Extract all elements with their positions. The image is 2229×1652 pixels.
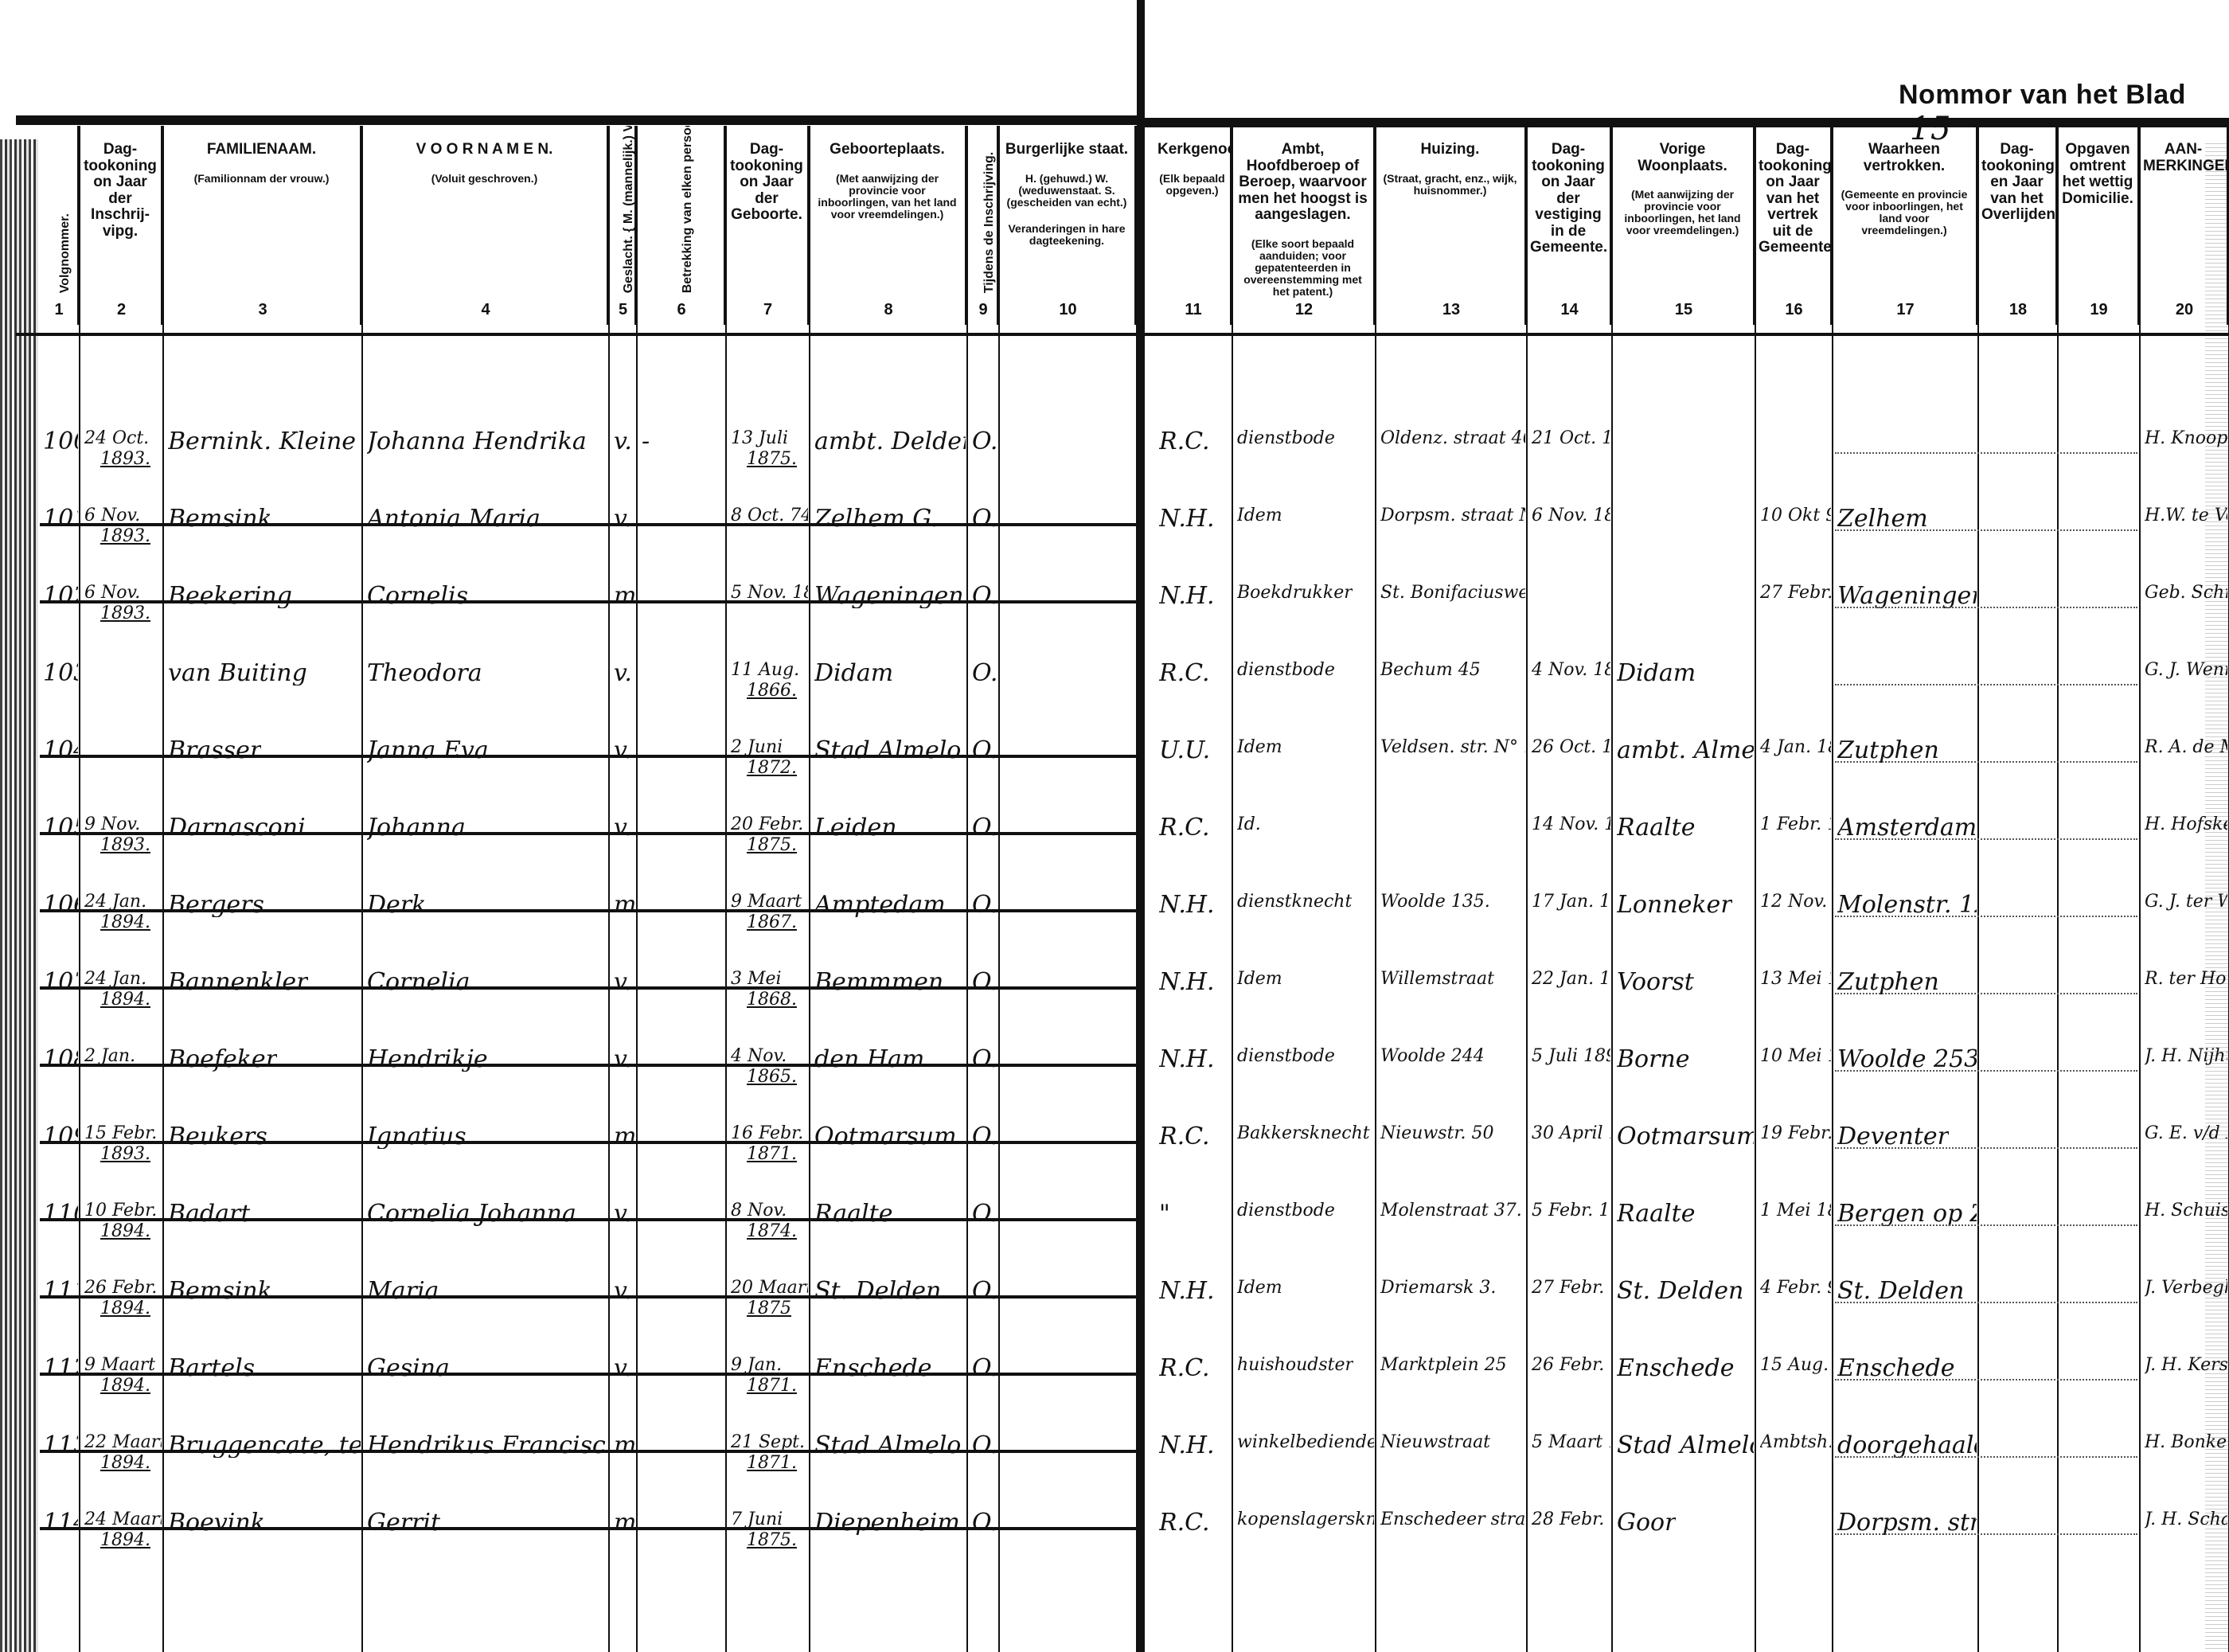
destination: Dorpsm. str. 26. <box>1837 1511 1977 1535</box>
sex: m. <box>614 1434 635 1458</box>
surname-text: Brasser <box>168 739 261 763</box>
previous-residence-text: Didam <box>1617 662 1696 685</box>
church: R.C. <box>1159 662 1210 685</box>
registration-date: 9 Nov.1893. <box>84 816 150 854</box>
registration-year: 1894. <box>100 1300 157 1318</box>
destination: Molenstr. 12 <box>1837 893 1977 917</box>
civil-status: O. <box>972 584 997 608</box>
column-number: 19 <box>2058 301 2140 333</box>
birth-date-text: 13 Juli <box>731 430 788 448</box>
row-number-text: 102. <box>43 584 78 608</box>
strikethrough-line <box>40 1064 1137 1067</box>
occupation: dienstbode <box>1237 1202 1335 1220</box>
occupation-text: Id. <box>1237 816 1261 834</box>
occupation-text: Idem <box>1237 507 1282 525</box>
column-divider <box>1977 126 1979 1652</box>
sex: v. <box>614 1279 632 1303</box>
registration-date <box>84 662 100 665</box>
previous-residence: ambt. Almelo <box>1617 739 1754 763</box>
column-divider <box>1526 126 1528 1652</box>
church: N.H. <box>1159 1434 1215 1458</box>
civil-status-text: O. <box>972 1279 997 1303</box>
column-number: 20 <box>2140 301 2229 333</box>
address-text: Marktplein 25 <box>1380 1357 1507 1374</box>
registration-year: 1894. <box>100 914 150 931</box>
column-number: 2 <box>80 301 163 333</box>
birthplace-text: Amptedam <box>814 893 946 917</box>
birthplace: Diepenheim <box>814 1511 960 1535</box>
departure-date: 10 Okt 95. <box>1760 507 1831 525</box>
column-number: 8 <box>810 301 967 333</box>
birthplace: Leiden <box>814 816 897 840</box>
registration-date <box>84 739 100 742</box>
surname: Bergers <box>168 893 264 917</box>
occupation: Idem <box>1237 971 1282 988</box>
departure-date: 4 Febr. 98 <box>1760 1279 1831 1297</box>
column-header-title: Geslacht. { M. (mannelijk.) V. (vrouweli… <box>622 126 635 293</box>
civil-status-text: O. <box>972 816 997 840</box>
destination: Zutphen <box>1837 739 1939 763</box>
column-header-title: AAN-MERKINGEN. <box>2143 142 2223 174</box>
surname-text: Boevink <box>168 1511 265 1535</box>
row-number: 103. <box>43 662 78 685</box>
settled-date: 22 Jan. 1894. <box>1532 971 1610 988</box>
strikethrough-line <box>40 909 1137 912</box>
departure-date-text: 4 Jan. 1895. <box>1760 739 1831 756</box>
column-number: 9 <box>967 301 999 333</box>
civil-status: O. <box>972 1357 997 1381</box>
birthplace-text: ambt. Delden <box>814 430 966 454</box>
birth-date-text: 11 Aug. <box>731 662 799 680</box>
strikethrough-line <box>40 1295 1137 1299</box>
previous-residence-text: St. Delden <box>1617 1279 1743 1303</box>
address-text: Nieuwstr. 50 <box>1380 1125 1494 1142</box>
given-names: Cornelia Johanna <box>367 1202 576 1226</box>
address: St. Bonifaciusweg 18 <box>1380 584 1525 602</box>
church: R.C. <box>1159 1357 1210 1381</box>
departure-date: 19 Febr. 1894 <box>1760 1125 1831 1142</box>
sex-text: m. <box>614 1125 635 1149</box>
remark-text: R. ter Horgen <box>2145 971 2227 988</box>
remark: Geb. Schmis H. E. Nijhuis <box>2145 584 2227 602</box>
column-header-2: Dag-tookoning on Jaar der Inschrij-vipg. <box>80 126 163 325</box>
remark: H. Bonke <box>2145 1434 2227 1451</box>
column-header-title: Dag-tookoning en Jaar van het Overlijden… <box>1981 142 2052 224</box>
address-text: Woolde 244 <box>1380 1048 1485 1065</box>
registration-date: 24 Jan.1894. <box>84 893 150 931</box>
settled-date-text: 28 Febr. 1894. <box>1532 1511 1610 1529</box>
occupation-text: kopenslagersknecht <box>1237 1511 1374 1529</box>
surname: Bernink. Kleine <box>168 430 356 454</box>
header-bottom-rule <box>16 333 1138 336</box>
surname: Brasser <box>168 739 261 763</box>
destination: St. Delden <box>1837 1279 1964 1303</box>
church-text: " <box>1159 1202 1170 1226</box>
birthplace: ambt. Delden <box>814 430 966 454</box>
occupation: kopenslagersknecht <box>1237 1511 1374 1529</box>
departure-date: 15 Aug. 95 <box>1760 1357 1831 1374</box>
occupation: huishoudster <box>1237 1357 1353 1374</box>
sex-text: v. <box>614 662 632 685</box>
column-number: 11 <box>1154 301 1232 333</box>
surname: Bruggencate, ten <box>168 1434 361 1458</box>
birthplace: den Ham <box>814 1048 924 1072</box>
column-header-title: Dag-tookoning on Jaar der Inschrij-vipg. <box>83 142 158 240</box>
row-guide-dots <box>1835 1147 2137 1149</box>
row-guide-dots <box>1835 838 2137 840</box>
row-guide-dots <box>1835 993 2137 994</box>
settled-date: 5 Maart 1894. <box>1532 1434 1610 1451</box>
column-header-title: Waarheen vertrokken. <box>1836 142 1973 174</box>
birth-date: 7 Juni1875. <box>731 1511 797 1549</box>
row-guide-dots <box>1835 1070 2137 1072</box>
occupation: dienstbode <box>1237 430 1335 447</box>
destination-text: St. Delden <box>1837 1279 1964 1303</box>
sex-text: m. <box>614 584 635 608</box>
strikethrough-line <box>40 755 1137 758</box>
sex: v. <box>614 507 632 531</box>
given-names-text: Johanna <box>367 816 466 840</box>
remark-text: J. H. Scharenborg <box>2145 1511 2227 1529</box>
column-header-18: Dag-tookoning en Jaar van het Overlijden… <box>1978 126 2058 325</box>
given-names: Maria <box>367 1279 439 1303</box>
address: Driemarsk 3. <box>1380 1279 1496 1297</box>
destination-text: Zelhem <box>1837 507 1928 531</box>
row-guide-dots <box>1835 607 2137 608</box>
sex-text: m. <box>614 1511 635 1535</box>
given-names: Hendrikje <box>367 1048 488 1072</box>
address-text: Enschedeer straat D 38. <box>1380 1511 1525 1529</box>
registration-date: 24 Maart1894. <box>84 1511 162 1549</box>
church: N.H. <box>1159 584 1215 608</box>
surname-text: Bemsink <box>168 1279 272 1303</box>
settled-date-text: 26 Oct. 1893. <box>1532 739 1610 756</box>
church: R.C. <box>1159 430 1210 454</box>
row-guide-dots <box>1835 761 2137 763</box>
address: Bechum 45 <box>1380 662 1481 679</box>
birth-year: 1875 <box>747 1300 808 1318</box>
remark-text: H. Knoop <box>2145 430 2227 447</box>
given-names-text: Hendrikus Franciscus Cornelis <box>367 1434 607 1458</box>
column-header-3: FAMILIENAAM.(Familionnam der vrouw.) <box>163 126 362 325</box>
destination: Amsterdam <box>1837 816 1977 840</box>
birth-date: 13 Juli1875. <box>731 430 797 468</box>
column-divider <box>809 126 810 1652</box>
column-number: 5 <box>609 301 637 333</box>
departure-date: 4 Jan. 1895. <box>1760 739 1831 756</box>
row-number-text: 100. <box>43 430 78 454</box>
registration-year: 1894. <box>100 1223 157 1240</box>
row-number-text: 101. <box>43 507 78 531</box>
given-names-text: Gesina <box>367 1357 450 1381</box>
strikethrough-line <box>40 832 1137 835</box>
column-header-title: Ambt, Hoofdberoep of Beroep, waarvoor me… <box>1236 142 1370 224</box>
previous-residence-text: ambt. Almelo <box>1617 739 1754 763</box>
occupation: Idem <box>1237 507 1282 525</box>
civil-status: O. <box>972 1202 997 1226</box>
row-number: 114. <box>43 1511 78 1535</box>
surname: Darnasconi <box>168 816 306 840</box>
sex-text: v. <box>614 1279 632 1303</box>
column-header-title: Opgaven omtrent het wettig Domicilie. <box>2061 142 2134 207</box>
column-header-title: Dag-tookoning on Jaar der Geboorte. <box>729 142 804 224</box>
previous-residence-text: Ootmarsum <box>1617 1125 1754 1149</box>
strikethrough-line <box>40 1450 1137 1453</box>
church-text: N.H. <box>1159 584 1215 608</box>
destination-text: Zutphen <box>1837 739 1939 763</box>
church-text: N.H. <box>1159 971 1215 994</box>
column-header-12: Ambt, Hoofdberoep of Beroep, waarvoor me… <box>1232 126 1376 325</box>
departure-date: Ambtsh. <box>1760 1434 1831 1451</box>
row-number: 112. <box>43 1357 78 1381</box>
remark-text: J. Verbegh <box>2145 1279 2227 1297</box>
address-text: Bechum 45 <box>1380 662 1481 679</box>
strikethrough-line <box>40 523 1137 526</box>
birthplace: Stad Almelo <box>814 1434 961 1458</box>
church-text: N.H. <box>1159 1048 1215 1072</box>
column-divider <box>1755 126 1756 1652</box>
church: U.U. <box>1159 739 1210 763</box>
column-header-subtitle: (Met aanwijzing der provincie voor inboo… <box>813 173 962 221</box>
civil-status: O. <box>972 507 997 531</box>
column-divider <box>79 126 80 1652</box>
given-names: Janna Eva <box>367 739 489 763</box>
occupation: Idem <box>1237 1279 1282 1297</box>
column-header-19: Opgaven omtrent het wettig Domicilie. <box>2058 126 2140 325</box>
departure-date-text: 27 Febr. 1895. <box>1760 584 1831 602</box>
settled-date: 6 Nov. 1893. <box>1532 507 1610 525</box>
birth-year: 1875. <box>747 1532 797 1549</box>
strikethrough-line <box>40 1218 1137 1221</box>
given-names: Hendrikus Franciscus Cornelis <box>367 1434 607 1458</box>
remark: J. H. Kersting <box>2145 1357 2227 1374</box>
destination-text: doorgehaald <box>1837 1434 1977 1458</box>
previous-residence-text: Raalte <box>1617 1202 1695 1226</box>
occupation: dienstknecht <box>1237 893 1352 911</box>
occupation-text: dienstbode <box>1237 662 1335 679</box>
birth-date: 9 Jan.1871. <box>731 1357 797 1395</box>
address-text: Willemstraat <box>1380 971 1494 988</box>
surname: Boefeker <box>168 1048 277 1072</box>
registration-date: 6 Nov.1893. <box>84 507 150 545</box>
remark-text: J. H. Kersting <box>2145 1357 2227 1374</box>
column-divider <box>162 126 164 1652</box>
given-names-text: Janna Eva <box>367 739 489 763</box>
address-text: Dorpsm. straat N° 16. <box>1380 507 1525 525</box>
column-header-title: Tijdens de Inschrijving. <box>982 151 996 293</box>
birthplace: Ootmarsum <box>814 1125 957 1149</box>
destination: Enschede <box>1837 1357 1954 1381</box>
settled-date: 5 Febr. 1894. <box>1532 1202 1610 1220</box>
church: N.H. <box>1159 507 1215 531</box>
address-text: Driemarsk 3. <box>1380 1279 1496 1297</box>
surname-text: Darnasconi <box>168 816 306 840</box>
registration-date: 6 Nov.1893. <box>84 584 150 623</box>
row-number: 113. <box>43 1434 78 1458</box>
previous-residence: Ootmarsum <box>1617 1125 1754 1149</box>
row-guide-dots <box>1835 1224 2137 1226</box>
settled-date: 21 Oct. 1893. <box>1532 430 1610 447</box>
sex: v. <box>614 816 632 840</box>
column-header-10: Burgerlijke staat.H. (gehuwd.) W. (weduw… <box>999 126 1137 325</box>
occupation: Idem <box>1237 739 1282 756</box>
address: Molenstraat 37. <box>1380 1202 1522 1220</box>
column-divider <box>608 126 610 1652</box>
settled-date-text: 22 Jan. 1894. <box>1532 971 1610 988</box>
birth-year: 1865. <box>747 1068 797 1086</box>
settled-date: 27 Febr. 1894. <box>1532 1279 1610 1297</box>
row-number-text: 106. <box>43 893 78 917</box>
civil-status: O. <box>972 1511 997 1535</box>
row-number-text: 110. <box>43 1202 78 1226</box>
column-number: 6 <box>637 301 726 333</box>
remark-text: R. A. de Menehij <box>2145 739 2227 756</box>
given-names-text: Cornelia Johanna <box>367 1202 576 1226</box>
departure-date: 13 Mei 1895. <box>1760 971 1831 988</box>
given-names-text: Derk <box>367 893 426 917</box>
column-header-title: Dag-tookoning on Jaar der vestiging in d… <box>1530 142 1606 256</box>
given-names-text: Cornelis <box>367 584 468 608</box>
surname: Bemsink <box>168 1279 272 1303</box>
column-divider <box>725 126 727 1652</box>
surname-text: Beekering <box>168 584 292 608</box>
civil-status: O. <box>972 662 997 685</box>
column-header-4: V O O R N A M E N.(Voluit geschroven.) <box>362 126 609 325</box>
surname-text: Badart <box>168 1202 250 1226</box>
previous-residence: Goor <box>1617 1511 1676 1535</box>
row-number: 110. <box>43 1202 78 1226</box>
settled-date-text: 27 Febr. 1894. <box>1532 1279 1610 1297</box>
registration-year: 1893. <box>100 837 150 854</box>
column-header-subtitle: (Elke soort bepaald aanduiden; voor gepa… <box>1236 238 1370 299</box>
sex: v. <box>614 971 632 994</box>
column-divider <box>2057 126 2059 1652</box>
column-number: 15 <box>1612 301 1755 333</box>
destination-text: Deventer <box>1837 1125 1949 1149</box>
address: Nieuwstr. 50 <box>1380 1125 1494 1142</box>
registration-date: 24 Jan.1894. <box>84 971 150 1009</box>
row-number-text: 114. <box>43 1511 78 1535</box>
column-divider <box>1611 126 1613 1652</box>
registration-year: 1893. <box>100 1146 157 1163</box>
occupation-text: Idem <box>1237 1279 1282 1297</box>
remark-text: G. J. ter Weyne Overbeek <box>2145 893 2227 911</box>
remark-text: Geb. Schmis H. E. Nijhuis <box>2145 584 2227 602</box>
remark-text: H. Bonke <box>2145 1434 2227 1451</box>
row-number: 105. <box>43 816 78 840</box>
previous-residence-text: Raalte <box>1617 816 1695 840</box>
sex: m. <box>614 893 635 917</box>
birth-date: 9 Maart1867. <box>731 893 802 931</box>
occupation: Boekdrukker <box>1237 584 1353 602</box>
column-header-subtitle: (Gemeente en provincie voor inboorlingen… <box>1836 189 1973 236</box>
column-header-15: Vorige Woonplaats.(Met aanwijzing der pr… <box>1612 126 1755 325</box>
settled-date: 4 Nov. 1893. <box>1532 662 1610 679</box>
given-names: Gesina <box>367 1357 450 1381</box>
column-divider <box>361 126 363 1652</box>
birth-date: 20 Maart1875 <box>731 1279 808 1318</box>
settled-date: 5 Juli 1893. <box>1532 1048 1610 1065</box>
destination: Zutphen <box>1837 971 1939 994</box>
church-text: R.C. <box>1159 816 1210 840</box>
birthplace: Didam <box>814 662 893 685</box>
column-number: 16 <box>1755 301 1833 333</box>
column-divider <box>1832 126 1833 1652</box>
previous-residence: Voorst <box>1617 971 1694 994</box>
occupation-text: dienstknecht <box>1237 893 1352 911</box>
row-guide-dots <box>1835 684 2137 685</box>
remark: J. H. Nijhuis <box>2145 1048 2227 1065</box>
civil-status-text: O. <box>972 1511 997 1535</box>
remark: R. ter Horgen <box>2145 971 2227 988</box>
birthplace: Zelhem G. <box>814 507 939 531</box>
sex: v. <box>614 1357 632 1381</box>
registration-date-text: 24 Oct. <box>84 430 149 448</box>
column-number: 10 <box>999 301 1137 333</box>
given-names-text: Hendrikje <box>367 1048 488 1072</box>
birth-date: 2 Juni1872. <box>731 739 797 777</box>
column-number: 4 <box>362 301 609 333</box>
civil-status: O. <box>972 971 997 994</box>
row-number-text: 108. <box>43 1048 78 1072</box>
civil-status: O. <box>972 1048 997 1072</box>
given-names-text: Maria <box>367 1279 439 1303</box>
settled-date: 30 April 1890. <box>1532 1125 1610 1142</box>
column-header-subtitle: (Familionnam der vrouw.) <box>166 173 357 185</box>
church-text: U.U. <box>1159 739 1210 763</box>
row-number: 108. <box>43 1048 78 1072</box>
sheet-number-label: Nommor van het Blad <box>1899 80 2186 110</box>
sex: m. <box>614 1511 635 1535</box>
given-names: Theodora <box>367 662 482 685</box>
registration-year: 1893. <box>100 528 150 545</box>
sex-text: m. <box>614 1434 635 1458</box>
birthplace-text: St. Delden <box>814 1279 941 1303</box>
address: Enschedeer straat D 38. <box>1380 1511 1525 1529</box>
birth-year: 1868. <box>747 991 797 1009</box>
departure-date-text: 15 Aug. 95 <box>1760 1357 1831 1374</box>
previous-residence: Raalte <box>1617 1202 1695 1226</box>
column-header-11: Kerkgenootschap.(Elk bepaald opgeven.) <box>1154 126 1232 325</box>
column-divider <box>1136 126 1138 1652</box>
departure-date-text: 4 Febr. 98 <box>1760 1279 1831 1297</box>
column-number: 3 <box>163 301 362 333</box>
strikethrough-line <box>40 1373 1137 1376</box>
column-number: 13 <box>1376 301 1527 333</box>
sex-text: v. <box>614 1357 632 1381</box>
row-number: 107. <box>43 971 78 994</box>
settled-date: 14 Nov. 1894. <box>1532 816 1610 834</box>
birth-year: 1874. <box>747 1223 797 1240</box>
civil-status-text: O. <box>972 1048 997 1072</box>
sex-text: v. <box>614 971 632 994</box>
column-header-13: Huizing.(Straat, gracht, enz., wijk, hui… <box>1376 126 1527 325</box>
church: N.H. <box>1159 971 1215 994</box>
column-header-title: Huizing. <box>1379 142 1521 158</box>
column-number: 12 <box>1232 301 1376 333</box>
church-text: R.C. <box>1159 1511 1210 1535</box>
given-names: Ignatius <box>367 1125 466 1149</box>
occupation-text: dienstbode <box>1237 430 1335 447</box>
column-header-9: Tijdens de Inschrijving. <box>967 126 999 325</box>
column-header-title: Betrekking van elken persoon tot het hoo… <box>681 126 694 293</box>
birth-year: 1875. <box>747 837 803 854</box>
registration-date: 26 Febr.1894. <box>84 1279 157 1318</box>
church-text: R.C. <box>1159 1125 1210 1149</box>
civil-status: O. <box>972 1279 997 1303</box>
row-number-text: 111. <box>43 1279 78 1303</box>
address: Willemstraat <box>1380 971 1494 988</box>
